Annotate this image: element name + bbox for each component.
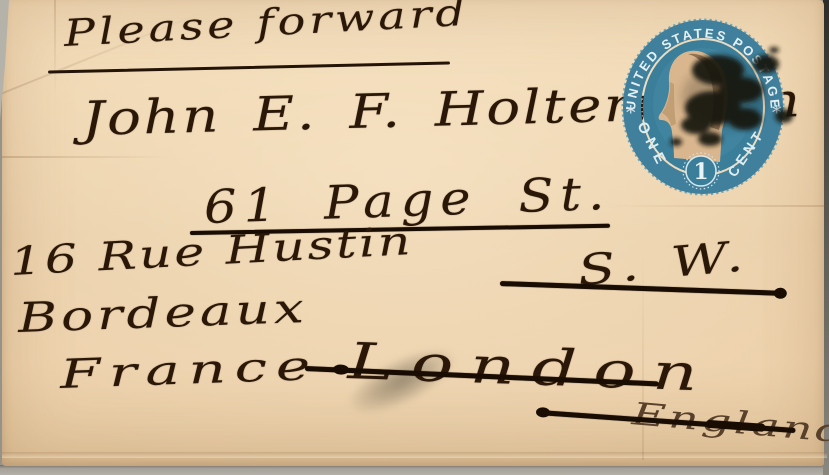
crease-line [2, 156, 172, 158]
stamp-numeral: 1 [693, 159, 708, 185]
instruction-underline [48, 61, 450, 73]
forward-address-street: 16 Rue Hustin [9, 219, 414, 285]
crease-line [602, 205, 827, 207]
forward-instruction: Please forward [63, 0, 470, 55]
envelope: Please forward John E. F. Holtermann 61 … [2, 0, 824, 466]
scan-edge-bottom [0, 465, 829, 475]
crease-line [2, 452, 827, 458]
postage-stamp: UNITED STATES POSTAGE * * ONE CENT 1 [614, 12, 800, 204]
stamp-ornament-left: * [626, 102, 636, 124]
forward-address-city: Bordeaux [17, 284, 308, 342]
forward-address-country: France [59, 343, 319, 398]
crease-line [54, 0, 56, 95]
